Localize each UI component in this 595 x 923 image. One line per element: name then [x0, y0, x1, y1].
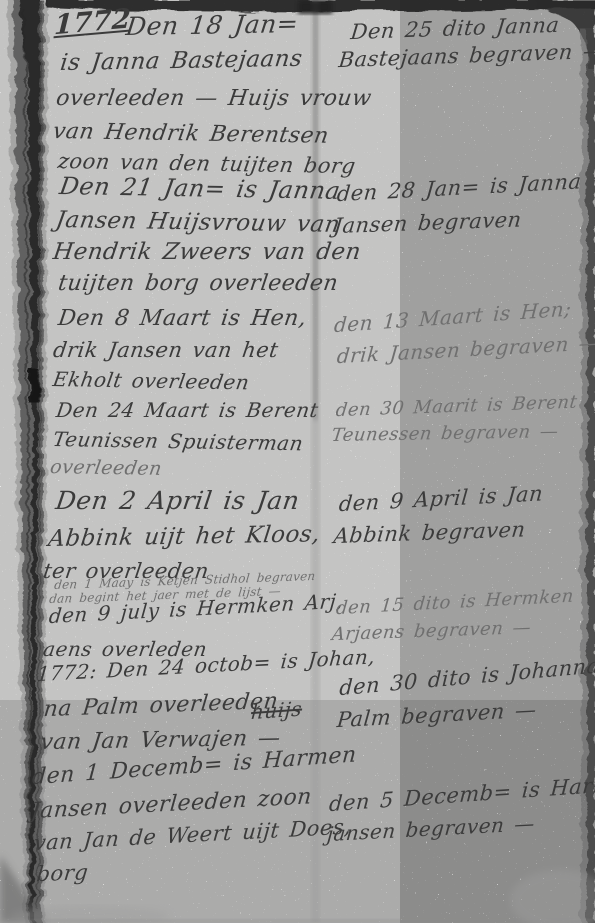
record-line: Arjaens begraven —: [331, 617, 532, 645]
record-line: Palm begraven —: [336, 698, 538, 733]
record-line: den 28 Jan= is Janna: [336, 169, 583, 206]
record-line: den 30 dito is Johanna: [339, 653, 595, 700]
record-line: den 5 Decemb= is Harmen: [328, 770, 595, 816]
record-line: den 30 Maarit is Berent: [335, 392, 579, 422]
record-line: jansen begraven —: [326, 811, 536, 846]
record-line: Jansen begraven: [332, 207, 522, 238]
record-line: drik Jansen begraven —: [336, 330, 595, 368]
record-line: Den 25 dito Janna: [349, 13, 560, 44]
record-line: den 15 dito is Hermken: [335, 586, 575, 620]
manuscript-scan: 1772 Den 18 Jan= is Janna Bastejaans ove…: [0, 0, 595, 923]
record-line: den 13 Maart is Hen;: [333, 296, 572, 337]
record-line: Abbink begraven: [332, 517, 526, 548]
record-line: Bastejaans begraven —: [337, 39, 595, 72]
record-line: den 9 April is Jan: [338, 481, 544, 516]
right-column: Den 25 dito Janna Bastejaans begraven — …: [0, 0, 595, 923]
record-line: Teunessen begraven —: [330, 421, 559, 446]
